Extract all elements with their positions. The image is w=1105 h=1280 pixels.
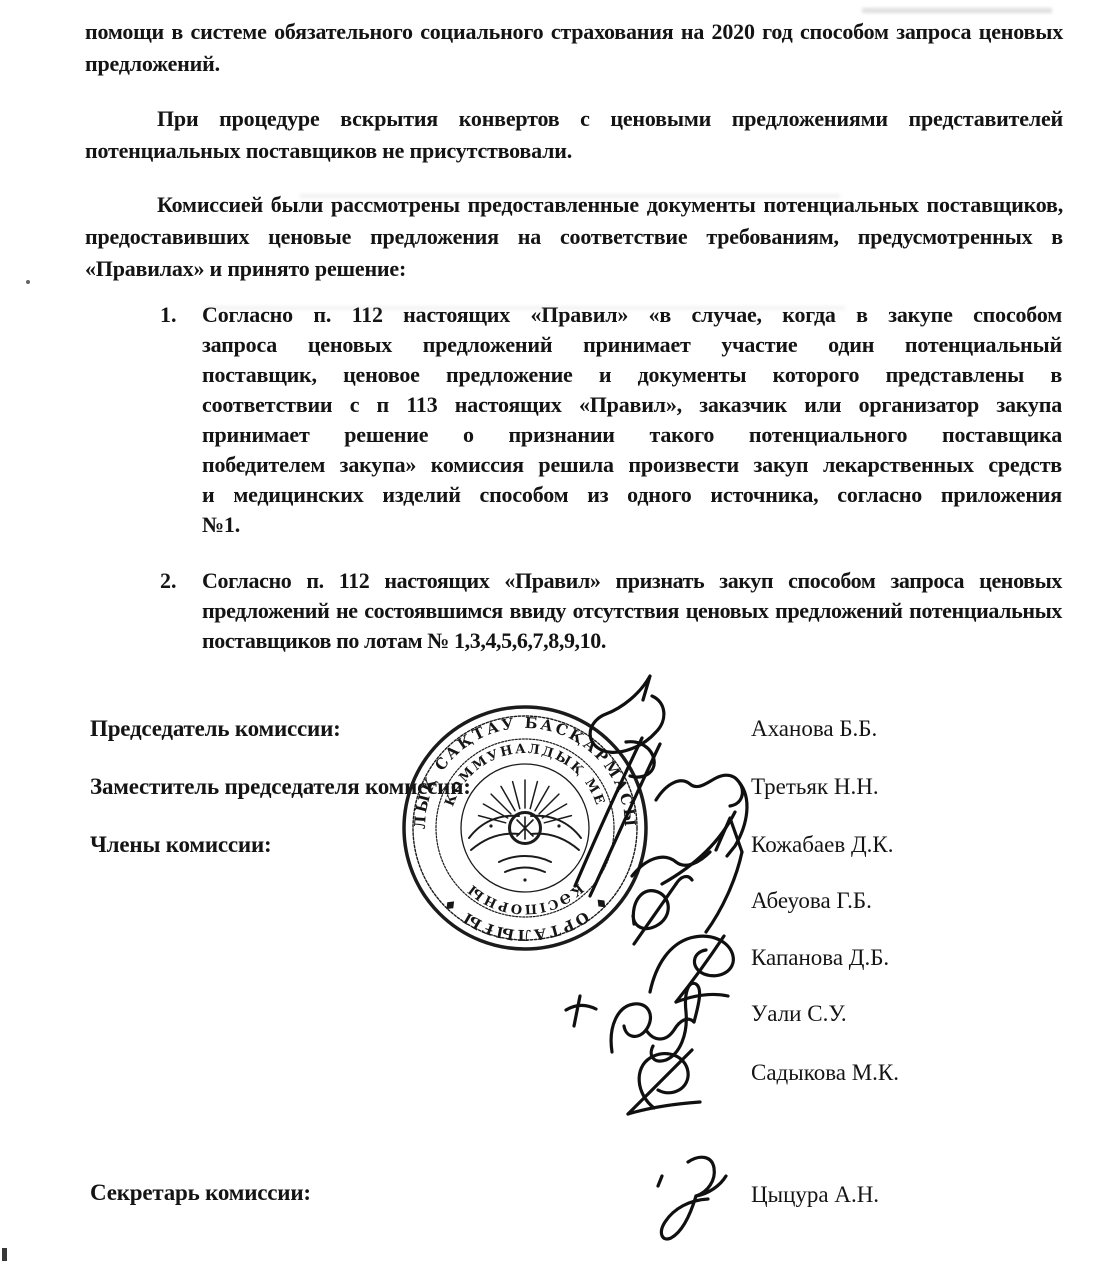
scan-artifact [300, 194, 840, 198]
official-seal: ЛЫҚ САҚТАУ БАСҚАРМАСЫ ♦ ОРТАЛЫҒЫ ♦ КОММУ… [395, 698, 655, 958]
members-label: Члены комиссии: [90, 832, 271, 858]
deputy-chairman-name: Третьяк Н.Н. [751, 774, 879, 800]
list-item-text: Согласно п. 112 настоящих «Правил» призн… [202, 566, 1062, 656]
signature-tretyak [656, 775, 747, 884]
svg-text:♦ ОРТАЛЫҒЫ ♦: ♦ ОРТАЛЫҒЫ ♦ [438, 892, 612, 944]
list-item: 2. Согласно п. 112 настоящих «Правил» пр… [160, 566, 1062, 656]
list-item: 1. Согласно п. 112 настоящих «Правил» «в… [160, 300, 1062, 540]
member-name: Уали С.У. [751, 1001, 847, 1027]
secretary-label: Секретарь комиссии: [90, 1180, 311, 1206]
paragraph-envelope-opening: При процедуре вскрытия конвертов с ценов… [85, 103, 1063, 167]
document-page: { "document": { "paragraphs": { "p1": "п… [0, 0, 1105, 1280]
chairman-label: Председатель комиссии: [90, 716, 341, 742]
list-item-number: 2. [160, 566, 202, 656]
secretary-name: Цыцура А.Н. [751, 1182, 879, 1208]
seal-graphic: ЛЫҚ САҚТАУ БАСҚАРМАСЫ ♦ ОРТАЛЫҒЫ ♦ КОММУ… [395, 698, 655, 958]
paragraph-continuation: помощи в системе обязательного социально… [85, 16, 1063, 80]
signature-kapanova [650, 936, 733, 1002]
scan-speck [2, 1248, 7, 1261]
seal-emblem [469, 780, 581, 882]
seal-outer-ring-text-bottom: ♦ ОРТАЛЫҒЫ ♦ [438, 892, 612, 944]
scan-artifact [862, 8, 1052, 13]
scan-speck [26, 280, 30, 284]
member-name: Капанова Д.Б. [751, 945, 889, 971]
list-item-number: 1. [160, 300, 202, 540]
svg-text:КӘСІПОРНЫ: КӘСІПОРНЫ [464, 880, 586, 916]
signature-sadykova [628, 1050, 700, 1114]
member-name: Кожабаев Д.К. [751, 832, 893, 858]
chairman-name: Аханова Б.Б. [751, 716, 877, 742]
signature-tsytsura [658, 1157, 726, 1239]
member-name: Садыкова М.К. [751, 1060, 899, 1086]
scan-artifact [205, 306, 845, 310]
seal-inner-ring-text-bottom: КӘСІПОРНЫ [464, 880, 586, 916]
list-item-text: Согласно п. 112 настоящих «Правил» «в сл… [202, 300, 1062, 540]
paragraph-commission-review: Комиссией были рассмотрены предоставленн… [85, 189, 1063, 285]
decision-list: 1. Согласно п. 112 настоящих «Правил» «в… [160, 300, 1062, 682]
signature-uali [566, 983, 700, 1061]
member-name: Абеуова Г.Б. [751, 888, 872, 914]
